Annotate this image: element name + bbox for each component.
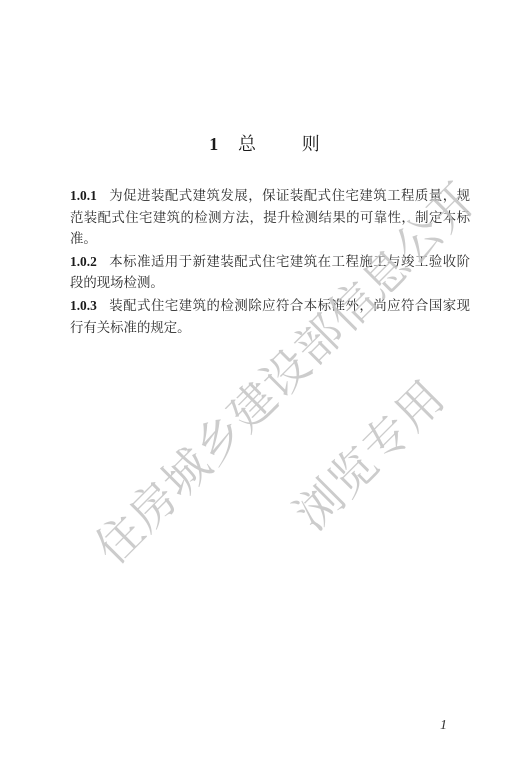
clause-1-0-2: 1.0.2本标准适用于新建装配式住宅建筑在工程施工与竣工验收阶段的现场检测。: [70, 251, 470, 295]
clause-1-0-1: 1.0.1为促进装配式建筑发展，保证装配式住宅建筑工程质量，规范装配式住宅建筑的…: [70, 185, 470, 251]
watermark-secondary: 浏览专用: [278, 363, 458, 543]
clause-1-0-3: 1.0.3装配式住宅建筑的检测除应符合本标准外，尚应符合国家现行有关标准的规定。: [70, 295, 470, 339]
chapter-body: 1.0.1为促进装配式建筑发展，保证装配式住宅建筑工程质量，规范装配式住宅建筑的…: [70, 185, 470, 339]
chapter-heading: 1 总 则: [0, 132, 529, 157]
clause-number: 1.0.3: [70, 298, 97, 313]
clause-text: 装配式住宅建筑的检测除应符合本标准外，尚应符合国家现行有关标准的规定。: [70, 299, 470, 336]
clause-number: 1.0.1: [70, 188, 97, 203]
chapter-title-char-1: 总: [238, 134, 256, 155]
clause-text: 为促进装配式建筑发展，保证装配式住宅建筑工程质量，规范装配式住宅建筑的检测方法，…: [70, 189, 470, 247]
clause-text: 本标准适用于新建装配式住宅建筑在工程施工与竣工验收阶段的现场检测。: [70, 255, 470, 292]
page-number: 1: [440, 718, 447, 734]
clause-number: 1.0.2: [70, 254, 97, 269]
document-page: 1 总 则 1.0.1为促进装配式建筑发展，保证装配式住宅建筑工程质量，规范装配…: [0, 0, 529, 766]
chapter-title-char-2: 则: [302, 134, 320, 155]
chapter-number: 1: [209, 134, 218, 154]
